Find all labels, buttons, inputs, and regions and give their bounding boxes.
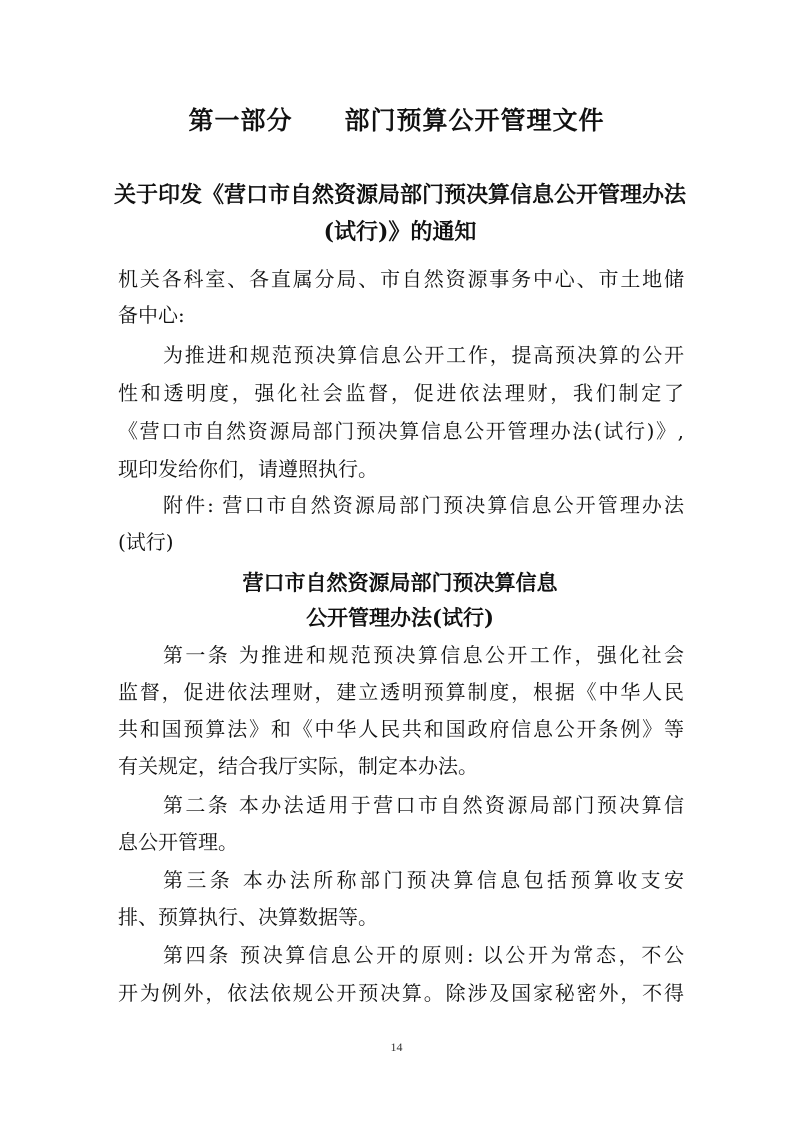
article-1-line-2: 监督，促进依法理财，建立透明预算制度，根据《中华人民 xyxy=(118,677,684,707)
notice-title-line-1: 关于印发《营口市自然资源局部门预决算信息公开管理办法 xyxy=(110,176,690,214)
addressee-line-1: 机关各科室、各直属分局、市自然资源事务中心、市土地储 xyxy=(118,264,684,294)
addressee-line-2: 备中心: xyxy=(118,300,684,330)
measures-title-line-2: 公开管理办法(试行) xyxy=(110,598,690,638)
page-number: 14 xyxy=(0,1040,793,1055)
article-3-line-1: 第三条 本办法所称部门预决算信息包括预算收支安 xyxy=(163,865,684,895)
body-line-3: 《营口市自然资源局部门预决算信息公开管理办法(试行)》, xyxy=(118,416,684,446)
article-2-line-1: 第二条 本办法适用于营口市自然资源局部门预决算信 xyxy=(163,790,684,820)
article-1-line-3: 共和国预算法》和《中华人民共和国政府信息公开条例》等 xyxy=(118,714,684,744)
attachment-line-2: (试行) xyxy=(118,527,684,557)
article-3-line-2: 排、预算执行、决算数据等。 xyxy=(118,902,684,932)
attachment-line-1: 附件: 营口市自然资源局部门预决算信息公开管理办法 xyxy=(163,490,684,520)
section-title: 部门预算公开管理文件 xyxy=(345,106,605,135)
body-line-4: 现印发给你们，请遵照执行。 xyxy=(118,454,684,484)
body-line-2: 性和透明度，强化社会监督，促进依法理财，我们制定了 xyxy=(118,378,684,408)
article-1-line-1: 第一条 为推进和规范预决算信息公开工作，强化社会 xyxy=(163,640,684,670)
article-4-line-1: 第四条 预决算信息公开的原则: 以公开为常态，不公 xyxy=(163,940,684,970)
article-4-line-2: 开为例外，依法依规公开预决算。除涉及国家秘密外，不得 xyxy=(118,978,684,1008)
section-part: 第一部分 xyxy=(188,106,292,135)
document-page: 第一部分部门预算公开管理文件 关于印发《营口市自然资源局部门预决算信息公开管理办… xyxy=(0,0,793,1122)
body-line-1: 为推进和规范预决算信息公开工作，提高预决算的公开 xyxy=(163,340,684,370)
article-1-line-4: 有关规定，结合我厅实际，制定本办法。 xyxy=(118,751,684,781)
section-heading: 第一部分部门预算公开管理文件 xyxy=(0,103,793,139)
notice-title-line-2: (试行)》的通知 xyxy=(110,213,690,251)
measures-title-line-1: 营口市自然资源局部门预决算信息 xyxy=(110,563,690,603)
article-2-line-2: 息公开管理。 xyxy=(118,827,684,857)
